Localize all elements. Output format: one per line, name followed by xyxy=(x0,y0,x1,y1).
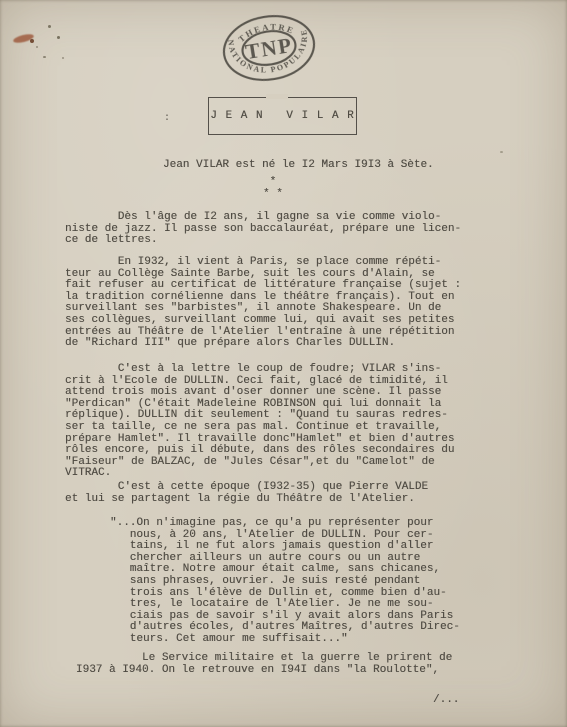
scanned-document-page: THEATRE NATIONAL POPULAIRE TNP : J E A N… xyxy=(0,0,567,727)
page-title: J E A N V I L A R xyxy=(210,110,354,122)
tnp-stamp: THEATRE NATIONAL POPULAIRE TNP xyxy=(216,6,322,90)
title-box-border-gap xyxy=(266,94,288,99)
ink-mark: : xyxy=(164,113,170,124)
paragraph-pierre-valde: C'est à cette époque (I932-35) que Pierr… xyxy=(65,482,428,505)
closing-paragraph: Le Service militaire et la guerre le pri… xyxy=(76,653,452,676)
title-box: J E A N V I L A R xyxy=(208,97,357,135)
paragraph-ecole-dullin: C'est à la lettre le coup de foudre; VIL… xyxy=(65,364,454,480)
tnp-stamp-svg: THEATRE NATIONAL POPULAIRE TNP xyxy=(216,6,322,90)
paragraph-violinist: Dès l'âge de I2 ans, il gagne sa vie com… xyxy=(65,212,461,247)
ink-speck xyxy=(36,46,38,48)
intro-line: Jean VILAR est né le I2 Mars I9I3 à Sète… xyxy=(163,160,434,172)
ink-speck xyxy=(57,36,60,39)
ink-speck xyxy=(500,151,503,153)
paragraph-1932-paris: En I932, il vient à Paris, se place comm… xyxy=(65,257,461,350)
ink-speck xyxy=(48,25,51,28)
section-separator: * * * xyxy=(263,177,283,200)
ink-speck xyxy=(30,39,34,43)
continuation-mark: /... xyxy=(433,695,459,707)
ink-speck xyxy=(62,57,64,59)
quote-block: "...On n'imagine pas, ce qu'a pu représe… xyxy=(110,518,460,646)
ink-speck xyxy=(43,56,46,58)
